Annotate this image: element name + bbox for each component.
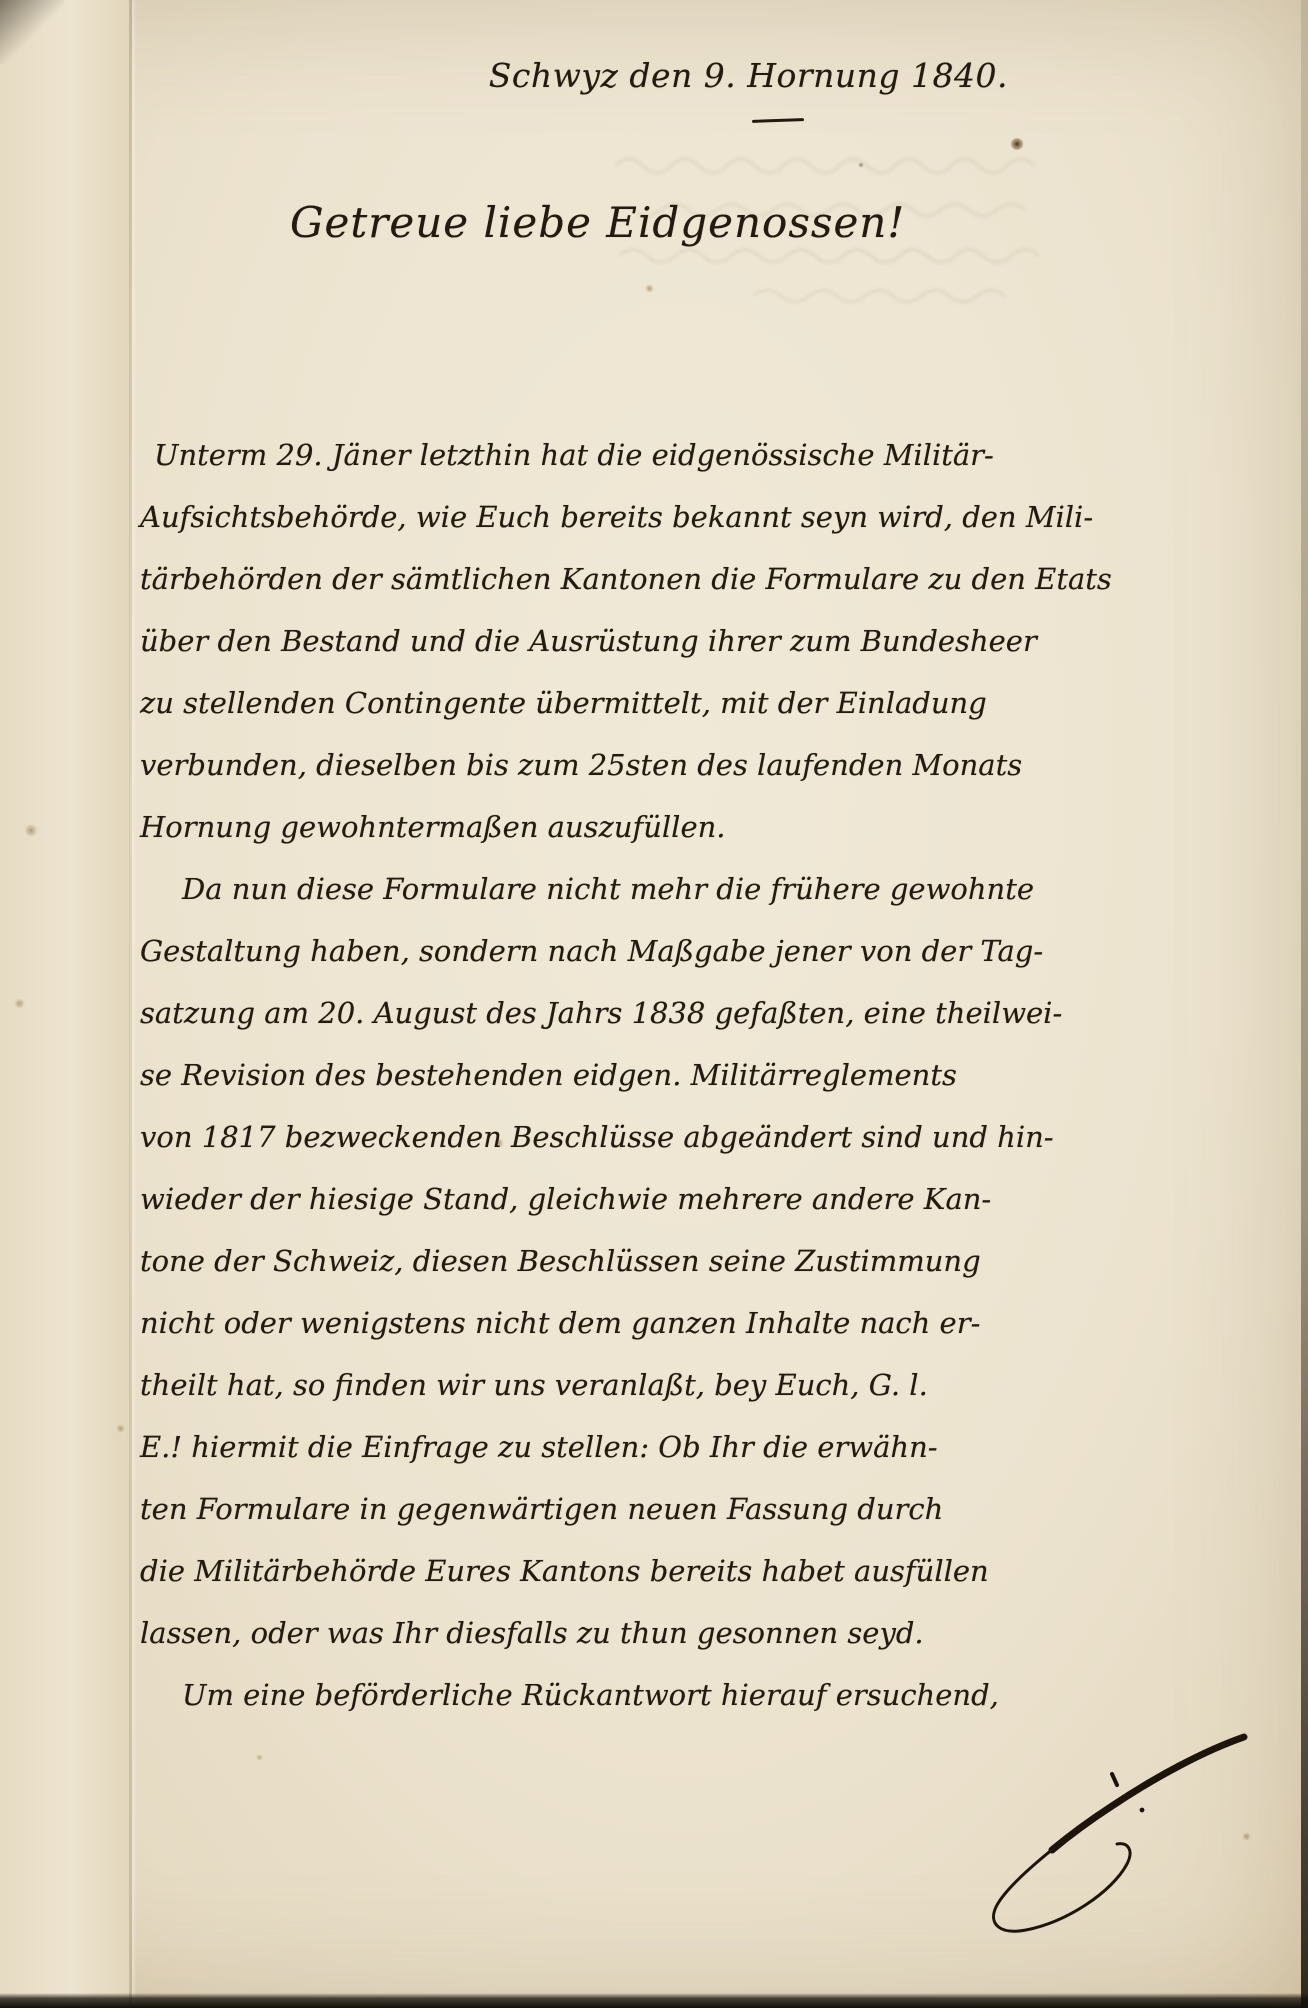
letter-body: Unterm 29. Jäner letzthin hat die eidgen…	[140, 424, 1120, 1726]
manuscript-line: von 1817 bezweckenden Beschlüsse abgeänd…	[140, 1106, 1120, 1168]
manuscript-line: Unterm 29. Jäner letzthin hat die eidgen…	[140, 424, 1120, 486]
manuscript-line: lassen, oder was Ihr diesfalls zu thun g…	[140, 1602, 1120, 1664]
manuscript-line: tone der Schweiz, diesen Beschlüssen sei…	[140, 1230, 1120, 1292]
manuscript-line: Gestaltung haben, sondern nach Maßgabe j…	[140, 920, 1120, 982]
signature-flourish	[952, 1692, 1297, 1987]
manuscript-line: se Revision des bestehenden eidgen. Mili…	[140, 1044, 1120, 1106]
manuscript-line: tärbehörden der sämtlichen Kantonen die …	[140, 548, 1120, 610]
dateline: Schwyz den 9. Hornung 1840.	[489, 56, 1008, 95]
manuscript-line: zu stellenden Contingente übermittelt, m…	[140, 672, 1120, 734]
manuscript-line: verbunden, dieselben bis zum 25sten des …	[140, 734, 1120, 796]
manuscript-line: Da nun diese Formulare nicht mehr die fr…	[140, 858, 1120, 920]
manuscript-line: ten Formulare in gegenwärtigen neuen Fas…	[140, 1478, 1120, 1540]
salutation: Getreue liebe Eidgenossen!	[290, 198, 905, 247]
manuscript-line: satzung am 20. August des Jahrs 1838 gef…	[140, 982, 1120, 1044]
manuscript-line: Hornung gewohntermaßen auszufüllen.	[140, 796, 1120, 858]
manuscript-line: nicht oder wenigstens nicht dem ganzen I…	[140, 1292, 1120, 1354]
scanned-letter-page: Schwyz den 9. Hornung 1840. Getreue lieb…	[0, 0, 1308, 2008]
manuscript-line: theilt hat, so finden wir uns veranlaßt,…	[140, 1354, 1120, 1416]
manuscript-line: über den Bestand und die Ausrüstung ihre…	[140, 610, 1120, 672]
manuscript-line: E.! hiermit die Einfrage zu stellen: Ob …	[140, 1416, 1120, 1478]
foxing-spot	[116, 1424, 125, 1433]
manuscript-line: wieder der hiesige Stand, gleichwie mehr…	[140, 1168, 1120, 1230]
scan-edge-bottom	[0, 1993, 1308, 2008]
fold-crease	[129, 0, 132, 2008]
scan-edge-right	[1301, 0, 1308, 2008]
scan-edge-top-left	[0, 0, 64, 64]
foxing-spot	[256, 1754, 263, 1761]
foxing-spot	[14, 998, 25, 1009]
manuscript-line: Aufsichtsbehörde, wie Euch bereits bekan…	[140, 486, 1120, 548]
dateline-underline	[752, 118, 804, 123]
manuscript-line: die Militärbehörde Eures Kantons bereits…	[140, 1540, 1120, 1602]
foxing-spot	[24, 824, 38, 837]
